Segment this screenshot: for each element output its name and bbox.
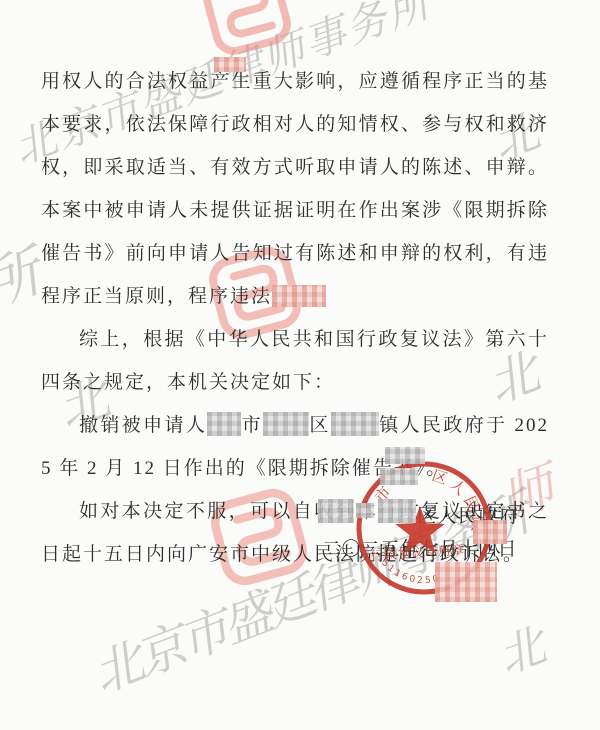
redaction-block: [263, 412, 309, 436]
redaction-block: [207, 412, 241, 436]
firm-logo-watermark-icon: [206, 0, 288, 52]
redaction-block-pink: [214, 57, 246, 72]
redaction-block: [385, 447, 425, 464]
redaction-block: [380, 468, 418, 485]
redaction-block: [356, 503, 374, 518]
redaction-block: [331, 412, 379, 436]
redaction-block: [318, 499, 354, 523]
redaction-block-pink: [473, 520, 507, 544]
redaction-block-pink: [272, 285, 326, 307]
redaction-block-pink: [435, 562, 497, 602]
body-paragraph: 综上，根据《中华人民共和国行政复议法》第六十四条之规定，本机关决定如下：: [41, 318, 549, 404]
scanned-decision-page: 北京市盛廷律师事务所 所 北 北 北 北京市盛廷律师事务所 北 师 用权人的合法…: [0, 0, 600, 730]
firm-watermark-partial-char: 北: [492, 622, 551, 681]
body-paragraph: 用权人的合法权益产生重大影响，应遵循程序正当的基本要求，依法保障行政相对人的知情…: [41, 60, 549, 318]
seal-bottom-label: 行政复议专用章: [370, 542, 465, 564]
redaction-block: [378, 499, 416, 523]
